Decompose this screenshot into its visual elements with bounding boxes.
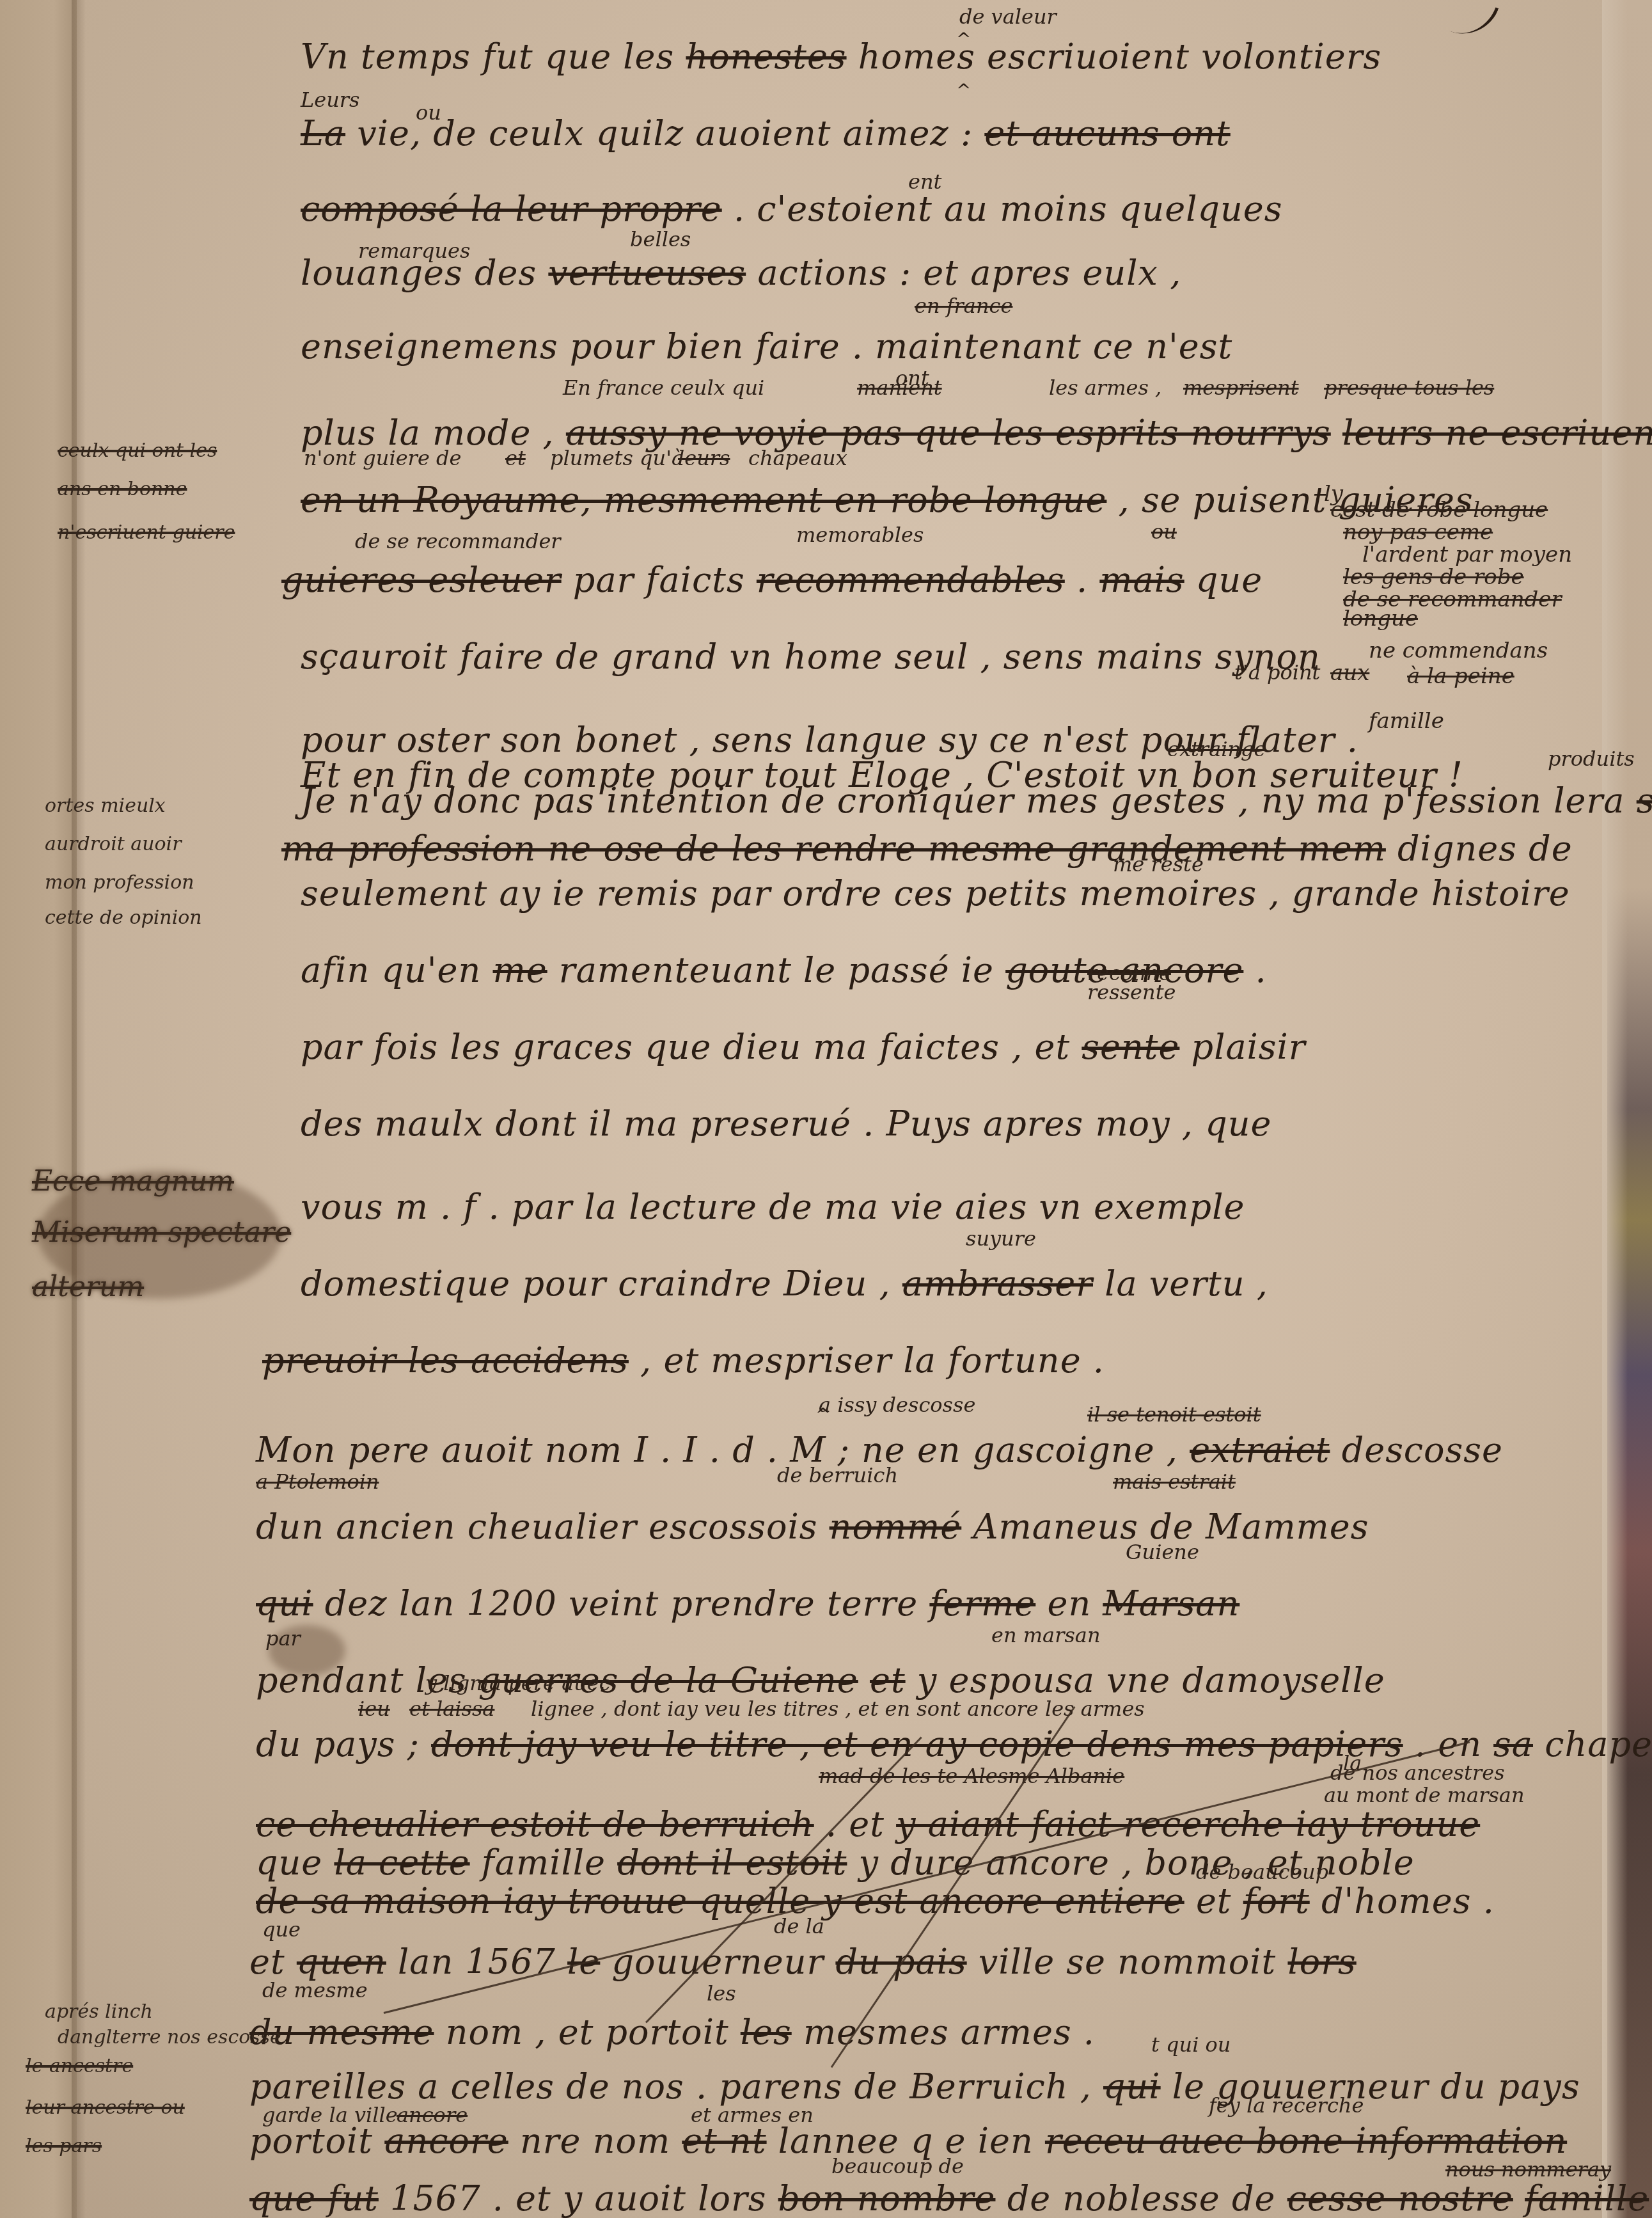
line-text: [1513, 2178, 1525, 2218]
manuscript-line: enseignemens pour bien faire . maintenan…: [301, 329, 1232, 364]
left-margin-note: alterum: [32, 1273, 144, 1301]
line-text: lan 1567: [386, 1942, 567, 1982]
line-text: Mon pere auoit nom I . I . d . M ; ne en…: [256, 1430, 1190, 1470]
line-text: ville se nommoit: [967, 1942, 1288, 1982]
left-margin-note: n'escriuent guiere: [58, 523, 235, 543]
left-margin-note: Miserum spectare: [32, 1219, 291, 1247]
line-text: . en: [1403, 1724, 1493, 1764]
manuscript-line: portoit ancore nre nom et nt lannee q e …: [249, 2124, 1567, 2159]
line-text: vie, de ceulx quilz auoient aimez :: [345, 113, 984, 154]
struck-text: bon nombre: [778, 2178, 996, 2218]
interlinear-insertion: plumets qu'à: [550, 448, 684, 468]
line-text: et: [1184, 1881, 1243, 1921]
interlinear-insertion: de mesme: [262, 1980, 368, 2000]
manuscript-line: Vn temps fut que les honestes homes escr…: [301, 40, 1381, 74]
interlinear-insertion: Guiene: [1126, 1542, 1199, 1562]
interlinear-insertion: que: [262, 1919, 301, 1940]
interlinear-insertion: et: [505, 448, 526, 468]
manuscript-line: Je n'ay donc pas intention de croniquer …: [301, 784, 1652, 818]
interlinear-insertion: Leurs: [301, 90, 360, 110]
line-text: et: [249, 1942, 297, 1982]
struck-text: quen: [297, 1942, 386, 1982]
interlinear-insertion: de berruich: [777, 1465, 898, 1485]
interlinear-insertion: par: [265, 1628, 301, 1649]
facing-page-edge: [0, 0, 77, 2218]
interlinear-insertion: ancore: [397, 2105, 468, 2125]
line-text: domestique pour craindre Dieu ,: [301, 1263, 902, 1304]
left-margin-note: ortes mieulx: [45, 796, 166, 816]
struck-text: famille: [1525, 2178, 1649, 2218]
right-margin-note: l'ardent par moyen: [1362, 544, 1572, 566]
manuscript-line: du pays ; dont jay veu le titre , et en …: [256, 1727, 1652, 1762]
interlinear-insertion: memorables: [796, 525, 924, 545]
manuscript-line: sçauroit faire de grand vn home seul , s…: [301, 640, 1321, 674]
left-margin-note: danglterre nos escosse: [58, 2028, 281, 2047]
interlinear-insertion: au mont de marsan: [1324, 1785, 1525, 1805]
struck-text: et aucuns ont: [984, 113, 1230, 154]
interlinear-insertion: t'a point: [1234, 662, 1320, 683]
struck-text: guieres esleuer: [281, 560, 562, 600]
interlinear-insertion: presque tous les: [1324, 377, 1494, 398]
struck-text: Marsan: [1103, 1583, 1239, 1624]
left-margin-note: aprés linch: [45, 2002, 153, 2022]
interlinear-insertion: et armes en: [691, 2105, 814, 2125]
interlinear-insertion: de beaucoup: [1196, 1862, 1328, 1882]
manuscript-line: dun ancien cheualier escossois nommé Ama…: [256, 1510, 1369, 1544]
struck-text: leurs ne escriuent: [1342, 413, 1652, 453]
pen-stroke-mark: [1447, 0, 1499, 44]
insertion-caret: ^: [815, 1404, 830, 1425]
line-text: , se puisent: [1106, 480, 1338, 520]
line-text: .: [1065, 560, 1100, 600]
manuscript-line: domestique pour craindre Dieu , ambrasse…: [301, 1267, 1268, 1301]
insertion-caret: ^: [956, 80, 971, 101]
struck-text: la cette: [334, 1842, 469, 1883]
manuscript-line: que fut 1567 . et y auoit lors bon nombr…: [249, 2182, 1649, 2216]
interlinear-insertion: manient: [857, 377, 942, 398]
interlinear-insertion: les: [707, 1983, 736, 2004]
line-text: , et mespriser la fortune .: [629, 1340, 1105, 1381]
interlinear-insertion: a issy descosse: [819, 1395, 975, 1415]
line-text: sçauroit faire de grand vn home seul , s…: [301, 637, 1321, 677]
line-text: Je n'ay donc pas intention de croniquer …: [301, 780, 1637, 821]
struck-text: lors: [1287, 1942, 1356, 1982]
interlinear-insertion: il se tenoit estoit: [1087, 1404, 1261, 1425]
interlinear-insertion: y lignia pere auec: [425, 1673, 611, 1693]
left-margin-note: les pars: [26, 2137, 102, 2156]
interlinear-insertion: chapeaux: [748, 448, 847, 468]
left-margin-note: mon profession: [45, 873, 194, 892]
line-text: en: [1035, 1583, 1103, 1624]
line-text: des maulx dont il ma preserué . Puys apr…: [301, 1104, 1271, 1144]
manuscript-line: vous m . f . par la lecture de ma vie ai…: [301, 1190, 1245, 1224]
interlinear-insertion: et laissa: [409, 1699, 494, 1719]
struck-text: dont jay veu le titre , et en ay copie d…: [431, 1724, 1403, 1764]
struck-text: cesse nostre: [1287, 2178, 1513, 2218]
struck-text: en un Royaume, mesmement en robe longue: [301, 480, 1106, 520]
left-margin-note: ans en bonne: [58, 480, 187, 499]
line-text: dignes de: [1386, 828, 1573, 869]
struck-text: La: [301, 113, 345, 154]
interlinear-insertion: en france: [915, 296, 1012, 316]
line-text: plaisir: [1179, 1027, 1305, 1067]
manuscript-line: plus la mode , aussy ne voyie pas que le…: [301, 416, 1652, 450]
line-text: famille: [470, 1842, 617, 1883]
struck-text: ma profession ne ose de les rendre mesme…: [281, 828, 1386, 869]
interlinear-insertion: belles: [630, 229, 691, 250]
line-text: 1567 . et y auoit lors: [379, 2178, 778, 2218]
insertion-caret: ^: [956, 29, 971, 50]
interlinear-insertion: fey la recerche: [1209, 2095, 1364, 2116]
struck-text: ferme: [929, 1583, 1035, 1624]
line-text: escriuoient volontiers: [987, 36, 1381, 77]
struck-text: ce cheualier estoit de berruich: [256, 1804, 814, 1844]
struck-text: mais: [1099, 560, 1184, 600]
interlinear-insertion: lignee , dont iay veu les titres , et en…: [531, 1699, 1145, 1719]
struck-text: recommendables: [757, 560, 1065, 600]
line-text: de noblesse de: [995, 2178, 1287, 2218]
interlinear-insertion: de la: [774, 1916, 824, 1937]
struck-text: receu auec bone information: [1045, 2121, 1567, 2161]
struck-text: que fut: [249, 2178, 379, 2218]
interlinear-insertion: beaucoup de: [831, 2156, 964, 2176]
manuscript-line: ma profession ne ose de les rendre mesme…: [281, 832, 1573, 866]
right-margin-note: cest de robe longue: [1330, 499, 1548, 521]
manuscript-line: composé la leur propre . c'estoient au m…: [301, 192, 1282, 226]
line-text: chapelle: [1533, 1724, 1652, 1764]
interlinear-insertion: En france ceulx qui: [563, 377, 764, 398]
line-text: par fois les graces que dieu ma faictes …: [301, 1027, 1082, 1067]
interlinear-insertion: n'ont guiere de: [304, 448, 461, 468]
line-text: afin qu'en: [301, 950, 493, 990]
interlinear-insertion: mesprisent: [1183, 377, 1299, 398]
left-margin-note: ceulx qui ont les: [58, 441, 217, 461]
struck-text: honestes: [686, 36, 846, 77]
line-text: dun ancien cheualier escossois: [256, 1507, 830, 1547]
struck-text: sa: [1493, 1724, 1533, 1764]
manuscript-line: seulement ay ie remis par ordre ces peti…: [301, 876, 1570, 911]
manuscript-line: en un Royaume, mesmement en robe longue …: [301, 483, 1474, 518]
interlinear-insertion: produits: [1548, 749, 1635, 769]
struck-text: souffrir: [1637, 780, 1652, 821]
right-margin-note: noy pas ceme: [1343, 521, 1493, 543]
interlinear-insertion: suyure: [966, 1228, 1036, 1249]
line-text: vous m . f . par la lecture de ma vie ai…: [301, 1187, 1245, 1227]
line-text: [1331, 413, 1342, 453]
struck-text: ambrasser: [902, 1263, 1093, 1304]
line-text: par faicts: [562, 560, 757, 600]
interlinear-insertion: ieu: [358, 1699, 390, 1719]
interlinear-insertion: mais estrait: [1113, 1471, 1236, 1492]
interlinear-insertion: extrainge: [1167, 739, 1266, 759]
struck-text: fort: [1243, 1881, 1310, 1921]
left-margin-note: Ecce magnum: [32, 1168, 234, 1196]
line-text: que: [256, 1842, 334, 1883]
interlinear-insertion: ent: [908, 171, 941, 192]
line-text: . et: [814, 1804, 896, 1844]
struck-text: preuoir les accidens: [262, 1340, 629, 1381]
line-text: que: [1184, 560, 1263, 600]
line-text: mesmes armes .: [792, 2012, 1095, 2052]
interlinear-insertion: me reste: [1113, 854, 1204, 875]
binding-gutter: [72, 0, 86, 2218]
struck-text: nommé: [830, 1507, 962, 1547]
manuscript-photo: Vn temps fut que les honestes homes escr…: [0, 0, 1652, 2218]
interlinear-insertion: garde la ville: [262, 2105, 398, 2125]
struck-text: qui: [1103, 2066, 1161, 2107]
line-text: enseignemens pour bien faire . maintenan…: [301, 326, 1232, 367]
line-text: [858, 1660, 870, 1700]
line-text: ramenteuant le passé ie: [547, 950, 1005, 990]
manuscript-line: ce cheualier estoit de berruich . et y a…: [256, 1807, 1480, 1842]
right-margin-note: famille: [1369, 710, 1444, 732]
interlinear-insertion: ressente: [1087, 982, 1176, 1002]
interlinear-insertion: mad de les te Alesme Albanie: [819, 1766, 1124, 1786]
line-text: Vn temps fut que les: [301, 36, 686, 77]
manuscript-line: preuoir les accidens , et mespriser la f…: [262, 1343, 1105, 1378]
struck-text: me: [493, 950, 547, 990]
manuscript-line: par fois les graces que dieu ma faictes …: [301, 1030, 1306, 1065]
manuscript-line: qui dez lan 1200 veint prendre terre fer…: [256, 1587, 1239, 1621]
line-text: d'homes .: [1310, 1881, 1495, 1921]
left-margin-note: aurdroit auoir: [45, 835, 182, 854]
left-margin-note: le ancestre: [26, 2057, 133, 2076]
line-text: descosse: [1330, 1430, 1503, 1470]
interlinear-insertion: nous nommeray: [1445, 2159, 1611, 2180]
struck-text: sente: [1082, 1027, 1179, 1067]
interlinear-insertion: en marsan: [991, 1625, 1101, 1645]
manuscript-line: des maulx dont il ma preserué . Puys apr…: [301, 1107, 1271, 1141]
interlinear-insertion: ou: [416, 102, 441, 123]
line-text: nre nom: [508, 2121, 682, 2161]
interlinear-insertion: remarques: [358, 241, 470, 261]
interlinear-insertion: t qui ou: [1151, 2034, 1231, 2055]
manuscript-line: et quen lan 1567 le gouuerneur du pais v…: [249, 1945, 1357, 1979]
interlinear-insertion: de nos ancestres: [1330, 1763, 1505, 1783]
struck-text: extraict: [1190, 1430, 1330, 1470]
line-text: . c'estoient au moins quelques: [722, 189, 1283, 229]
line-text: pareilles a celles de nos . parens de Be…: [249, 2066, 1103, 2107]
interlinear-insertion: ou: [1151, 521, 1177, 542]
interlinear-insertion: de se recommander: [355, 531, 561, 551]
line-text: .: [1243, 950, 1266, 990]
manuscript-line: Mon pere auoit nom I . I . d . M ; ne en…: [256, 1433, 1503, 1468]
line-text: y espousa vne damoyselle: [906, 1660, 1385, 1700]
interlinear-insertion: de valeur: [959, 6, 1057, 27]
manuscript-line: pareilles a celles de nos . parens de Be…: [249, 2070, 1580, 2104]
interlinear-insertion: a Ptolemoin: [256, 1471, 379, 1492]
interlinear-insertion: les armes ,: [1049, 377, 1161, 398]
manuscript-line: guieres esleuer par faicts recommendable…: [281, 563, 1263, 598]
line-text: nom , et portoit: [434, 2012, 741, 2052]
right-margin-note: longue: [1343, 608, 1418, 630]
line-text: du pays ;: [256, 1724, 431, 1764]
struck-text: composé la leur propre: [301, 189, 722, 229]
struck-text: vertueuses: [548, 253, 746, 293]
struck-text: qui: [256, 1583, 313, 1624]
right-margin-note: ne commendans: [1369, 640, 1548, 661]
left-margin-note: leur ancestre ou: [26, 2098, 185, 2118]
struck-text: de sa maison iay trouue quelle y est anc…: [256, 1881, 1184, 1921]
line-text: la vertu ,: [1093, 1263, 1268, 1304]
line-text: dez lan 1200 veint prendre terre: [313, 1583, 930, 1624]
manuscript-line: du mesme nom , et portoit les mesmes arm…: [249, 2015, 1095, 2050]
right-margin-note: aux: [1330, 662, 1369, 684]
line-text: grande histoire: [1280, 873, 1570, 914]
struck-text: et: [870, 1660, 906, 1700]
left-margin-note: cette de opinion: [45, 908, 202, 928]
right-margin-note: à la peine: [1407, 665, 1514, 687]
right-margin-note: les gens de robe: [1343, 566, 1524, 588]
ragged-page-edge: [1602, 0, 1628, 2218]
interlinear-insertion: leurs: [678, 448, 730, 468]
struck-text: les: [741, 2012, 792, 2052]
line-text: seulement ay ie remis par ordre ces peti…: [301, 873, 1280, 914]
line-text: actions : et apres eulx ,: [746, 253, 1181, 293]
